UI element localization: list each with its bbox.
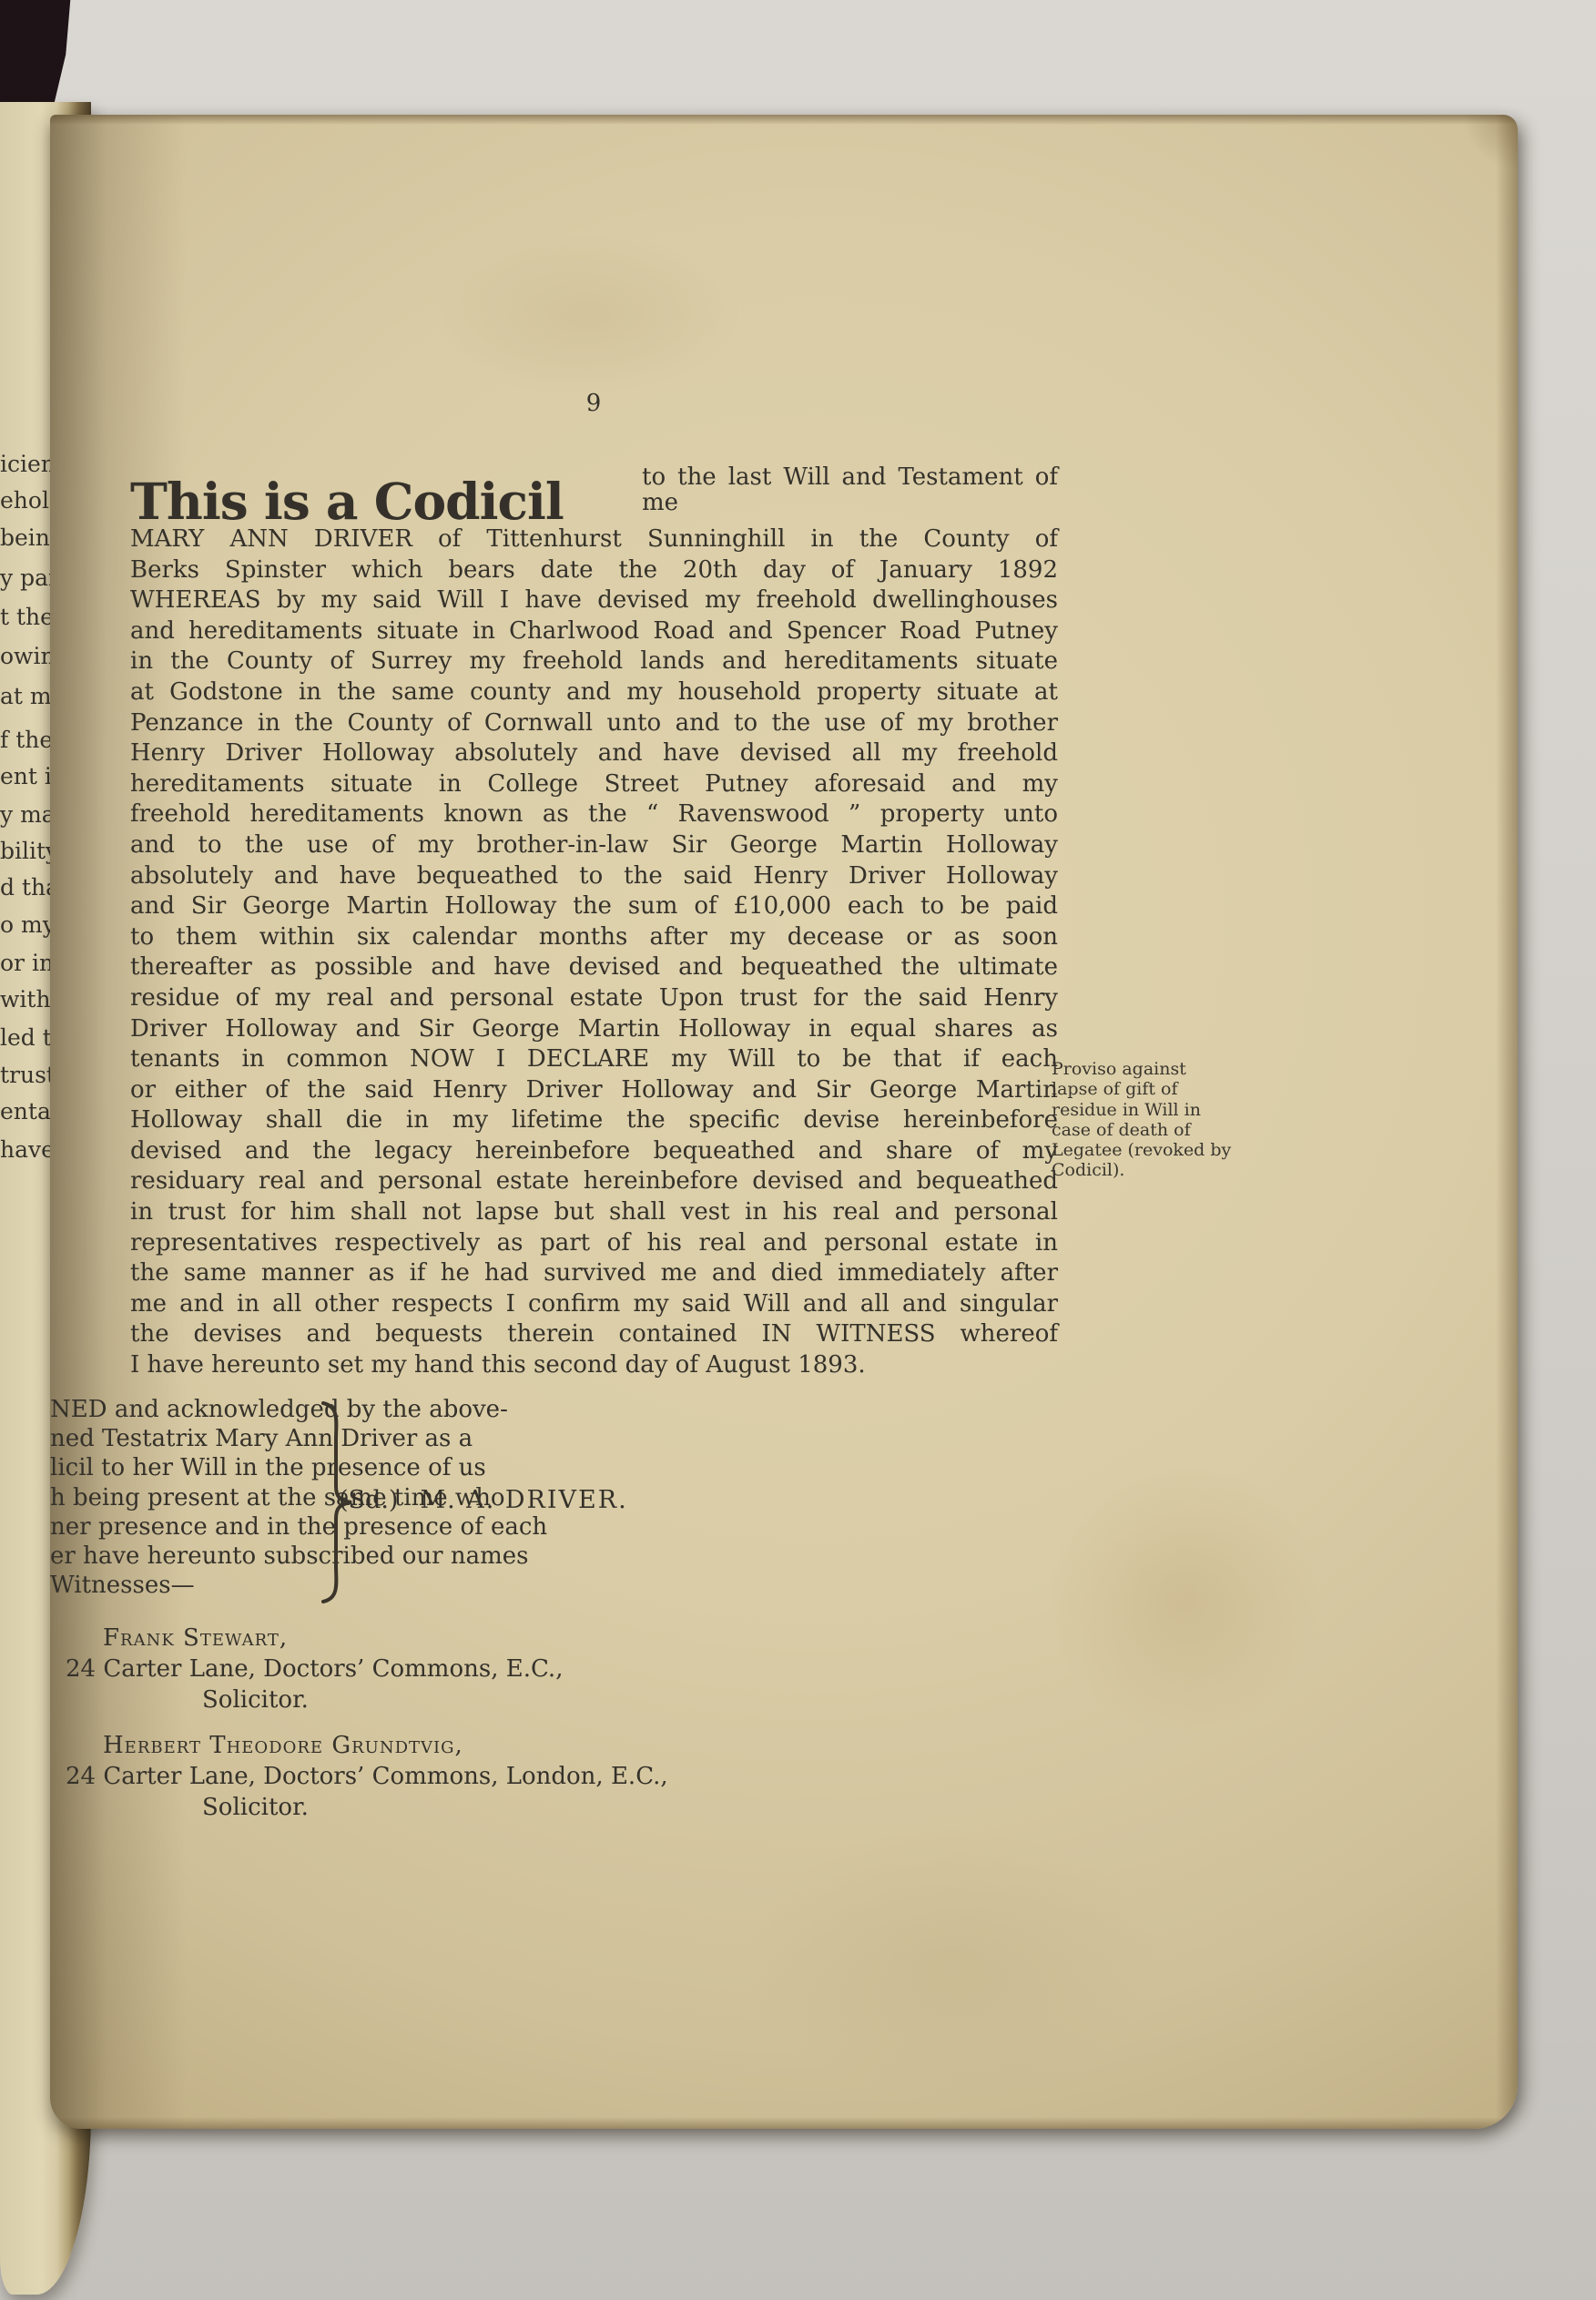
facing-page-text-fragment: trust [0,1062,56,1089]
signature-line: (Sd.) M. A. DRIVER. [339,1486,628,1514]
facing-page-text-fragment: y may [0,801,56,829]
body-line: representatives respectively as part of … [130,1228,1058,1259]
body-line: in trust for him shall not lapse but sha… [130,1197,1058,1228]
signature-name: M. A. DRIVER. [420,1486,627,1514]
facing-page-text-fragment: f the [0,727,56,754]
attestation-line: ned Testatrix Mary Ann Driver as a [50,1424,330,1453]
witness-name: Herbert Theodore Grundtvig, [103,1732,463,1759]
facing-page-text-fragment: icient [0,451,56,478]
body-line: Driver Holloway and Sir George Martin Ho… [130,1014,1058,1045]
body-line: tenants in common NOW I DECLARE my Will … [130,1044,1058,1075]
witness-role: Solicitor. [202,1794,309,1821]
attestation-line: NED and acknowledged by the above- [50,1395,330,1424]
body-line: and hereditaments situate in Charlwood R… [130,616,1058,647]
body-line: me and in all other respects I confirm m… [130,1289,1058,1320]
facing-page-text-fragment: d that [0,874,56,901]
facing-page-text-fragment: have [0,1136,56,1164]
body-line: Berks Spinster which bears date the 20th… [130,555,1058,586]
page-number: 9 [130,390,1058,417]
facing-page-text-fragment: or in [0,950,56,977]
body-line: hereditaments situate in College Street … [130,769,1058,800]
body-line: the devises and bequests therein contain… [130,1319,1058,1350]
witness-address: 24 Carter Lane, Doctors’ Commons, London… [66,1763,668,1790]
body-line: Henry Driver Holloway absolutely and hav… [130,738,1058,769]
body-line: residuary real and personal estate herei… [130,1166,1058,1197]
paper-stain [742,1827,1161,2100]
heading-continuation: to the last Will and Testament of me [642,464,1058,515]
facing-page-text-fragment: owing [0,643,56,670]
witness-address: 24 Carter Lane, Doctors’ Commons, E.C., [66,1655,563,1683]
margin-note-line: residue in Will in [1052,1100,1247,1120]
facing-page-text-fragment: entary [0,1098,56,1125]
attestation-line: er have hereunto subscribed our names [50,1542,330,1571]
attestation-line: ner presence and in the presence of each [50,1512,330,1542]
facing-page-text-fragment: ehold [0,487,56,514]
facing-page-text-fragment: at my [0,683,56,710]
body-line: absolutely and have bequeathed to the sa… [130,861,1058,892]
codicil-heading: This is a Codicil to the last Will and T… [130,455,1058,524]
body-line: the same manner as if he had survived me… [130,1258,1058,1289]
paper-stain [1047,1462,1320,1735]
body-line: Holloway shall die in my lifetime the sp… [130,1105,1058,1136]
witness-name: Frank Stewart, [103,1624,288,1652]
book-page: 9 This is a Codicil to the last Will and… [50,115,1518,2129]
facing-page-text-fragment: t the [0,604,56,631]
body-line: and Sir George Martin Holloway the sum o… [130,891,1058,922]
attestation-line: h being present at the same time who [50,1483,330,1512]
facing-page-text-fragment: led to [0,1024,56,1052]
margin-note-line: Proviso against [1052,1059,1247,1079]
scanned-book-photo: icient ehold being y part t the owing at… [0,0,1596,2300]
body-line: thereafter as possible and have devised … [130,952,1058,983]
margin-note-line: lapse of gift of [1052,1079,1247,1099]
facing-page-text-fragment: ent in [0,763,56,790]
paper-stain [432,233,742,397]
body-line: residue of my real and personal estate U… [130,983,1058,1014]
facing-page-text-fragment: being [0,524,56,552]
attestation-line: licil to her Will in the presence of us [50,1453,330,1482]
facing-page-text-fragment: o my [0,911,56,939]
facing-page-text-fragment: bility [0,838,56,865]
margin-note: Proviso against lapse of gift of residue… [1052,1059,1247,1181]
signature-sd-label: (Sd.) [339,1486,398,1514]
witness-role: Solicitor. [202,1686,309,1714]
body-line: to them within six calendar months after… [130,922,1058,953]
margin-note-line: Codicil). [1052,1160,1247,1180]
body-line: I have hereunto set my hand this second … [130,1350,1058,1381]
attestation-line: Witnesses— [50,1571,330,1600]
facing-page-text-fragment: y part [0,565,56,592]
body-line: or either of the said Henry Driver Hollo… [130,1075,1058,1106]
margin-note-line: Legatee (revoked by [1052,1140,1247,1160]
facing-page-text-fragment: within [0,986,56,1013]
body-line: at Godstone in the same county and my ho… [130,677,1058,708]
margin-note-line: case of death of [1052,1120,1247,1140]
body-line: freehold hereditaments known as the “ Ra… [130,799,1058,830]
body-line: devised and the legacy hereinbefore bequ… [130,1136,1058,1167]
codicil-text-block: This is a Codicil to the last Will and T… [130,455,1058,1381]
body-line: WHEREAS by my said Will I have devised m… [130,585,1058,616]
body-line: and to the use of my brother-in-law Sir … [130,830,1058,861]
body-line: in the County of Surrey my freehold land… [130,646,1058,677]
heading-blackletter: This is a Codicil [130,475,564,528]
attestation-clause: NED and acknowledged by the above- ned T… [50,1395,330,1600]
body-line: Penzance in the County of Cornwall unto … [130,708,1058,739]
